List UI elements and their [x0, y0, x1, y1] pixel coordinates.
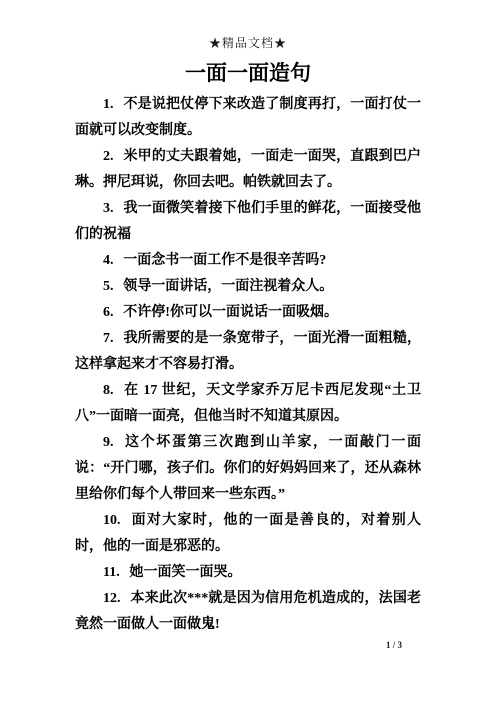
sentence-item: 5.领导一面讲话，一面注视着众人。: [75, 274, 421, 300]
sentence-item: 7.我所需要的是一条宽带子，一面光滑一面粗糙，这样拿起来才不容易打滑。: [75, 326, 421, 378]
sentence-item: 9.这个坏蛋第三次跑到山羊家，一面敲门一面说：“开门哪，孩子们。你们的好妈妈回来…: [75, 430, 421, 508]
sentence-item: 3.我一面微笑着接下他们手里的鲜花，一面接受他们的祝福: [75, 196, 421, 248]
sentence-number: 2.: [103, 149, 114, 164]
sentence-text: 这个坏蛋第三次跑到山羊家，一面敲门一面说：“开门哪，孩子们。你们的好妈妈回来了，…: [75, 435, 421, 502]
sentence-number: 9.: [103, 435, 114, 450]
sentence-text: 不许停!你可以一面说话一面吸烟。: [123, 305, 338, 320]
sentence-item: 4.一面念书一面工作不是很辛苦吗?: [75, 248, 421, 274]
sentence-text: 一面念书一面工作不是很辛苦吗?: [123, 253, 326, 268]
sentence-text: 我所需要的是一条宽带子，一面光滑一面粗糙，这样拿起来才不容易打滑。: [75, 331, 421, 372]
sentence-text: 面对大家时，他的一面是善良的，对着别人时，他的一面是邪恶的。: [75, 513, 421, 554]
sentence-number: 11.: [103, 565, 120, 580]
document-body: 1.不是说把仗停下来改造了制度再打，一面打仗一面就可以改变制度。 2.米甲的丈夫…: [75, 92, 421, 638]
sentence-item: 10.面对大家时，他的一面是善良的，对着别人时，他的一面是邪恶的。: [75, 508, 421, 560]
sentence-number: 6.: [103, 305, 114, 320]
sentence-text: 在 17 世纪，天文学家乔万尼卡西尼发现“土卫八”一面暗一面亮，但他当时不知道其…: [75, 383, 421, 424]
sentence-text: 米甲的丈夫跟着她，一面走一面哭，直跟到巴户琳。押尼珥说，你回去吧。帕铁就回去了。: [75, 149, 421, 190]
sentence-item: 12.本来此次***就是因为信用危机造成的，法国老竟然一面做人一面做鬼!: [75, 586, 421, 638]
sentence-text: 本来此次***就是因为信用危机造成的，法国老竟然一面做人一面做鬼!: [75, 591, 421, 632]
sentence-item: 6.不许停!你可以一面说话一面吸烟。: [75, 300, 421, 326]
sentence-text: 我一面微笑着接下他们手里的鲜花，一面接受他们的祝福: [75, 201, 421, 242]
document-page: ★精品文档★ 一面一面造句 1.不是说把仗停下来改造了制度再打，一面打仗一面就可…: [0, 0, 496, 702]
sentence-item: 8.在 17 世纪，天文学家乔万尼卡西尼发现“土卫八”一面暗一面亮，但他当时不知…: [75, 378, 421, 430]
page-number-indicator: 1 / 3: [75, 638, 421, 652]
sentence-number: 3.: [103, 201, 114, 216]
sentence-number: 10.: [103, 513, 121, 528]
sentence-text: 领导一面讲话，一面注视着众人。: [123, 279, 333, 294]
sentence-text: 不是说把仗停下来改造了制度再打，一面打仗一面就可以改变制度。: [75, 97, 421, 138]
sentence-number: 1.: [103, 97, 114, 112]
page-title: 一面一面造句: [75, 58, 421, 88]
sentence-number: 4.: [103, 253, 114, 268]
sentence-item: 2.米甲的丈夫跟着她，一面走一面哭，直跟到巴户琳。押尼珥说，你回去吧。帕铁就回去…: [75, 144, 421, 196]
sentence-item: 11.她一面笑一面哭。: [75, 560, 421, 586]
sentence-item: 1.不是说把仗停下来改造了制度再打，一面打仗一面就可以改变制度。: [75, 92, 421, 144]
sentence-text: 她一面笑一面哭。: [130, 565, 242, 580]
sentence-number: 8.: [103, 383, 114, 398]
sentence-number: 5.: [103, 279, 114, 294]
sentence-number: 7.: [103, 331, 114, 346]
sentence-number: 12.: [103, 591, 121, 606]
document-header-label: ★精品文档★: [75, 34, 421, 52]
